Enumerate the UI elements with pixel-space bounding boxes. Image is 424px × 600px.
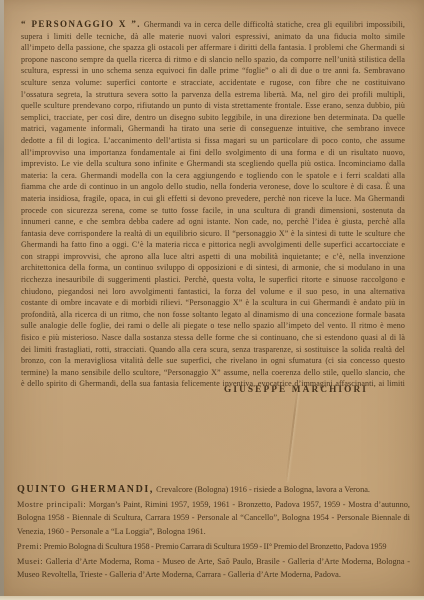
prizes-label: Premi:	[17, 542, 42, 551]
essay-body: Ghermandi va in cerca delle difficoltà s…	[21, 20, 405, 391]
paper-crease	[285, 386, 299, 482]
museums-text: Galleria d’Arte Moderna, Roma - Museo de…	[17, 557, 410, 579]
author-signature: GIUSEPPE MARCHIORI	[224, 385, 368, 395]
bio-section-museums: Musei: Galleria d’Arte Moderna, Roma - M…	[17, 555, 410, 581]
artist-name-line: QUINTO GHERMANDI, Crevalcore (Bologna) 1…	[17, 483, 410, 496]
biography-block: QUINTO GHERMANDI, Crevalcore (Bologna) 1…	[17, 483, 410, 583]
scan-edge-bottom	[0, 596, 424, 600]
bio-section-exhibitions: Mostre principali: Morgan’s Paint, Rimin…	[17, 498, 410, 538]
exhibitions-label: Mostre principali:	[17, 500, 86, 509]
bio-section-prizes: Premi: Premio Bologna di Scultura 1958 -…	[17, 540, 410, 553]
museums-label: Musei:	[17, 557, 43, 566]
artist-name: QUINTO GHERMANDI,	[17, 484, 154, 495]
prizes-text: Premio Bologna di Scultura 1958 - Premio…	[44, 542, 387, 551]
essay-paragraph: “ PERSONAGGIO X ”. Ghermandi va in cerca…	[21, 19, 405, 391]
scan-edge-left	[0, 0, 4, 600]
essay-text-block: “ PERSONAGGIO X ”. Ghermandi va in cerca…	[21, 19, 405, 391]
artist-birth-info: Crevalcore (Bologna) 1916 - risiede a Bo…	[156, 485, 370, 494]
essay-title: “ PERSONAGGIO X ”.	[21, 19, 141, 29]
catalog-page: “ PERSONAGGIO X ”. Ghermandi va in cerca…	[0, 0, 424, 600]
